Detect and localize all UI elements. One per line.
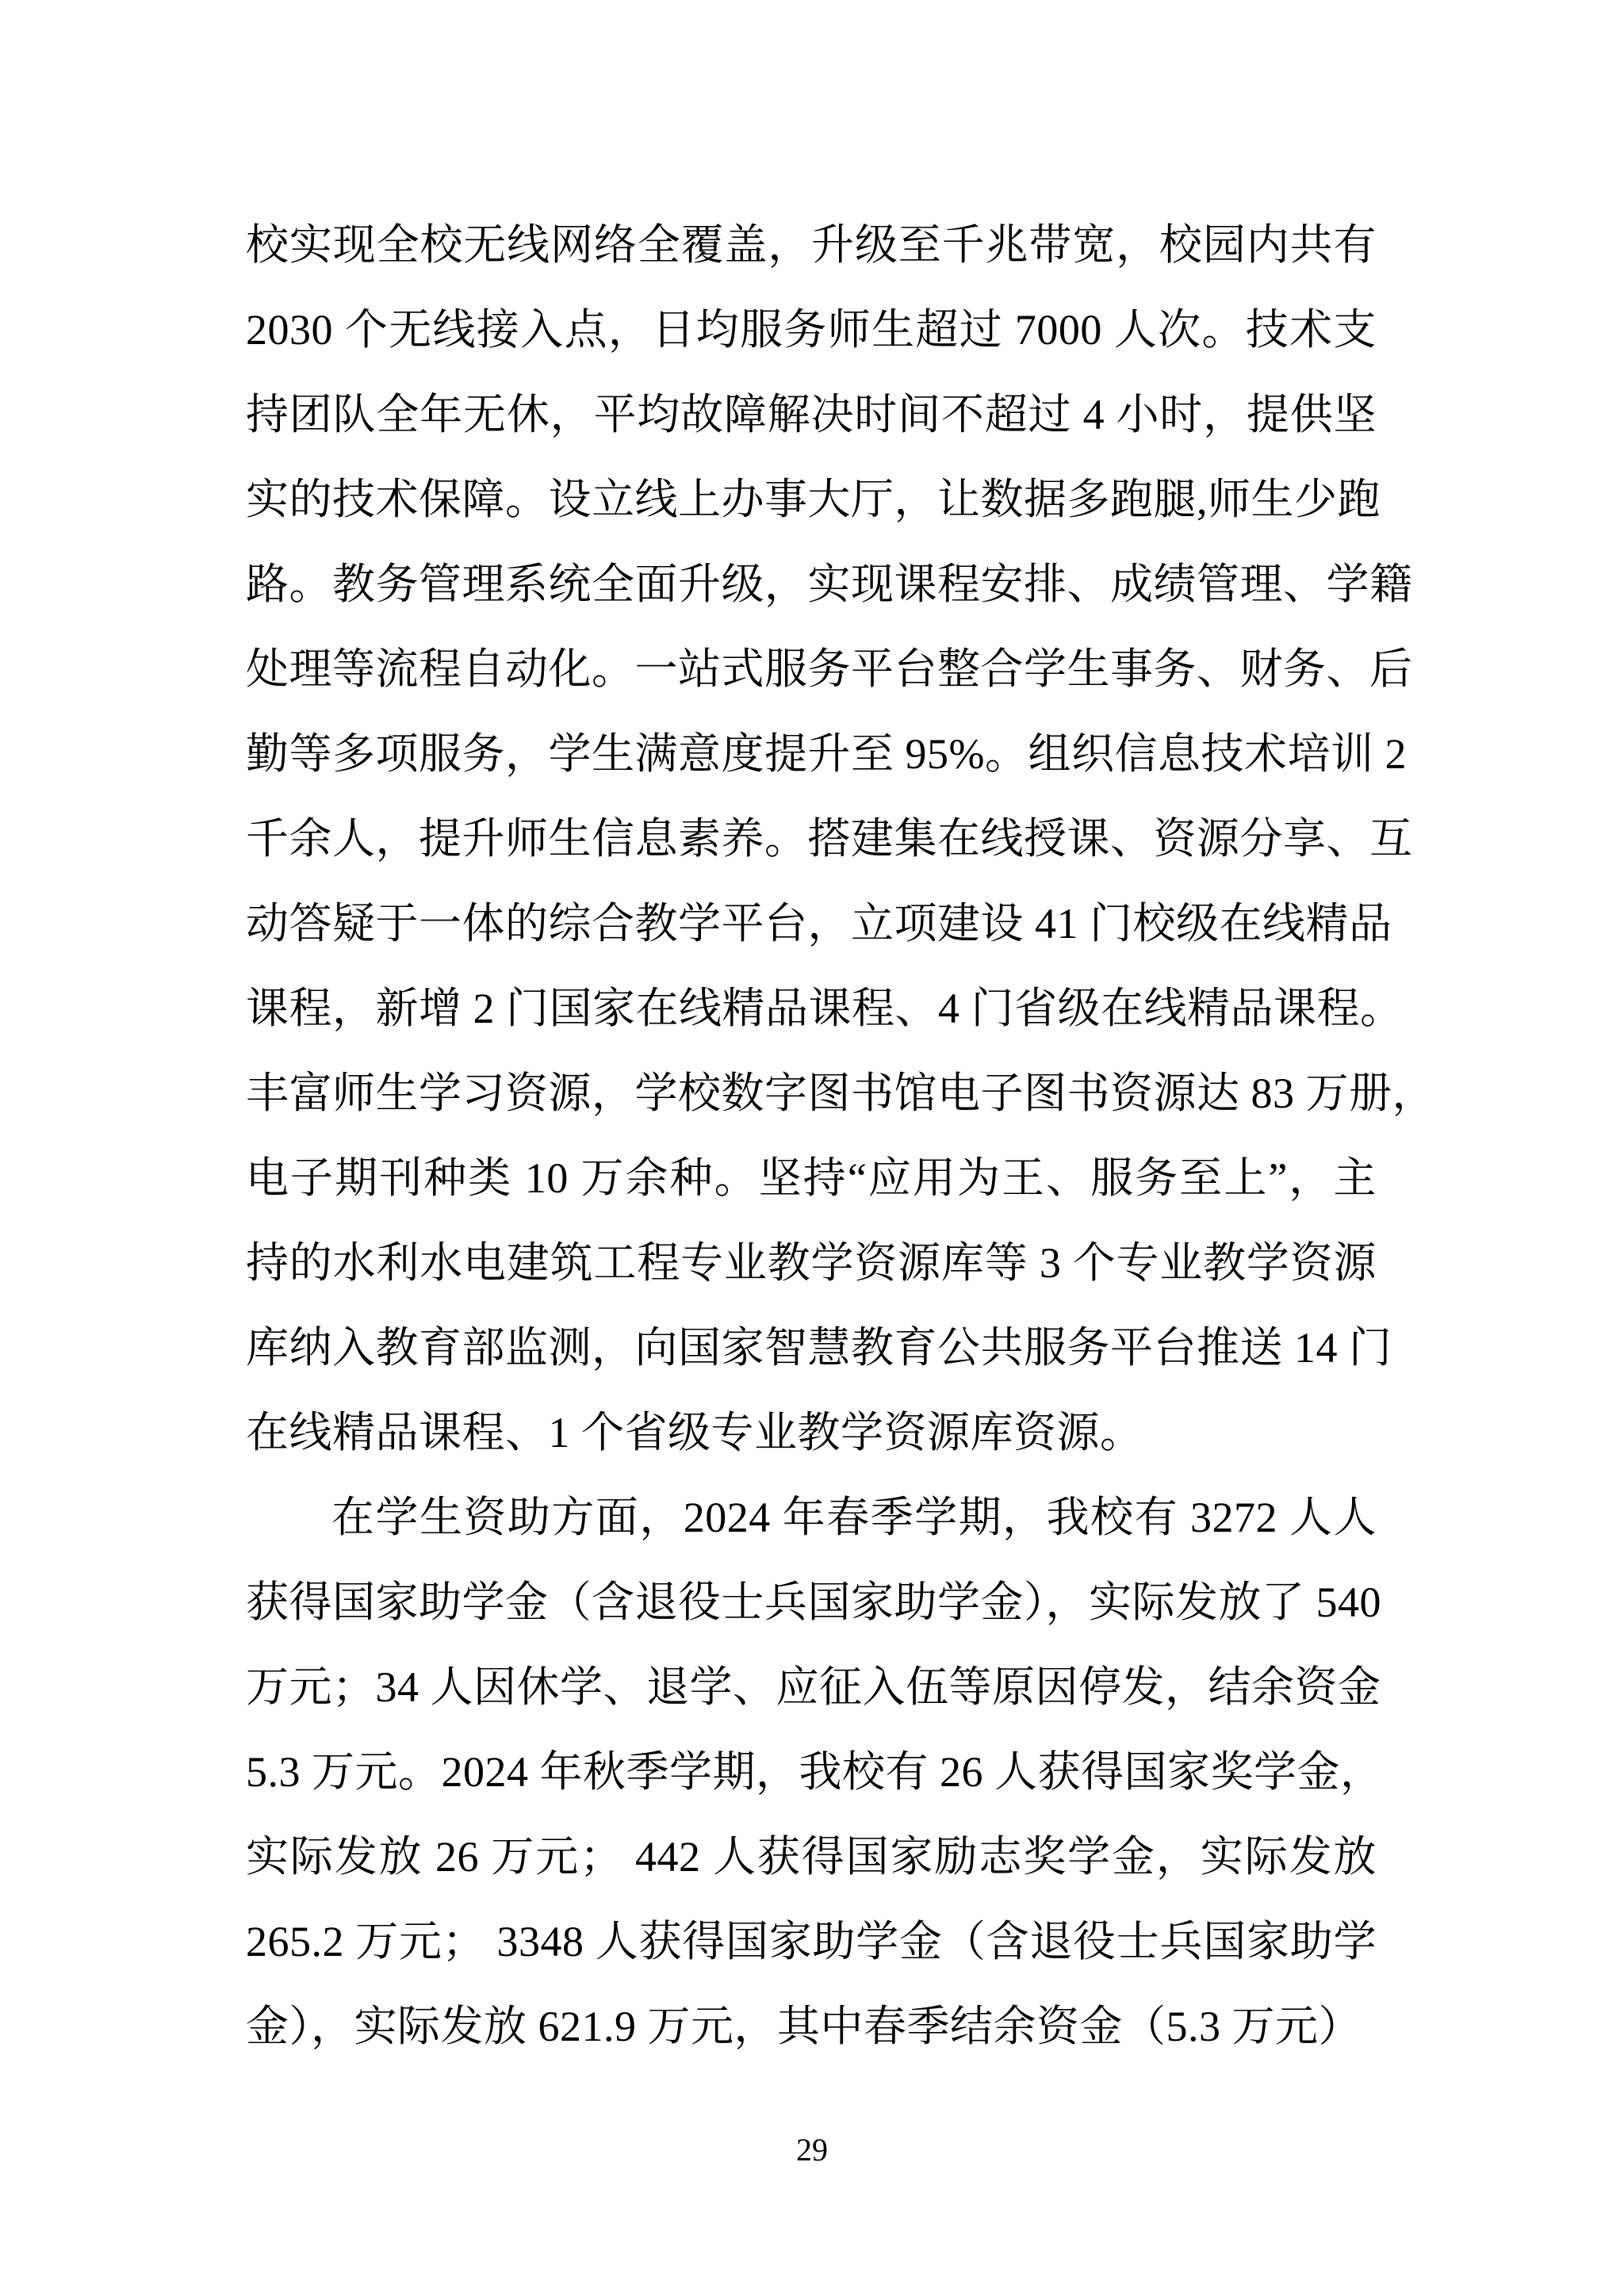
text-line: 持团队全年无休，平均故障解决时间不超过 4 小时，提供坚 — [246, 373, 1377, 457]
text-line: 丰富师生学习资源，学校数字图书馆电子图书资源达 83 万册， — [246, 1051, 1377, 1136]
text-line: 校实现全校无线网络全覆盖，升级至千兆带宽，校园内共有 — [246, 203, 1377, 288]
text-line: 电子期刊种类 10 万余种。坚持“应用为王、服务至上”，主 — [246, 1136, 1377, 1221]
text-line: 在线精品课程、1 个省级专业教学资源库资源。 — [246, 1391, 1377, 1475]
text-line: 持的水利水电建筑工程专业教学资源库等 3 个专业教学资源 — [246, 1221, 1377, 1306]
text-line: 2030 个无线接入点，日均服务师生超过 7000 人次。技术支 — [246, 288, 1377, 373]
text-line: 实际发放 26 万元； 442 人获得国家励志奖学金，实际发放 — [246, 1815, 1377, 1900]
text-line: 在学生资助方面，2024 年春季学期，我校有 3272 人人 — [246, 1475, 1377, 1560]
text-line: 动答疑于一体的综合教学平台，立项建设 41 门校级在线精品 — [246, 882, 1377, 966]
text-line: 处理等流程自动化。一站式服务平台整合学生事务、财务、后 — [246, 627, 1377, 712]
text-line: 万元；34 人因休学、退学、应征入伍等原因停发，结余资金 — [246, 1645, 1377, 1730]
text-body: 校实现全校无线网络全覆盖，升级至千兆带宽，校园内共有2030 个无线接入点，日均… — [246, 203, 1377, 2069]
text-line: 获得国家助学金（含退役士兵国家助学金），实际发放了 540 — [246, 1560, 1377, 1645]
text-line: 实的技术保障。设立线上办事大厅，让数据多跑腿,师生少跑 — [246, 457, 1377, 542]
text-line: 金），实际发放 621.9 万元，其中春季结余资金（5.3 万元） — [246, 1984, 1377, 2069]
paragraph: 校实现全校无线网络全覆盖，升级至千兆带宽，校园内共有2030 个无线接入点，日均… — [246, 203, 1377, 1475]
text-line: 课程，新增 2 门国家在线精品课程、4 门省级在线精品课程。 — [246, 966, 1377, 1051]
text-line: 265.2 万元； 3348 人获得国家助学金（含退役士兵国家助学 — [246, 1900, 1377, 1984]
text-line: 库纳入教育部监测，向国家智慧教育公共服务平台推送 14 门 — [246, 1306, 1377, 1391]
page-number: 29 — [0, 2131, 1624, 2169]
text-line: 千余人，提升师生信息素养。搭建集在线授课、资源分享、互 — [246, 797, 1377, 882]
text-line: 路。教务管理系统全面升级，实现课程安排、成绩管理、学籍 — [246, 542, 1377, 627]
text-line: 5.3 万元。2024 年秋季学期，我校有 26 人获得国家奖学金， — [246, 1730, 1377, 1815]
text-line: 勤等多项服务，学生满意度提升至 95%。组织信息技术培训 2 — [246, 712, 1377, 797]
paragraph: 在学生资助方面，2024 年春季学期，我校有 3272 人人获得国家助学金（含退… — [246, 1475, 1377, 2069]
document-page: 校实现全校无线网络全覆盖，升级至千兆带宽，校园内共有2030 个无线接入点，日均… — [0, 0, 1624, 2296]
